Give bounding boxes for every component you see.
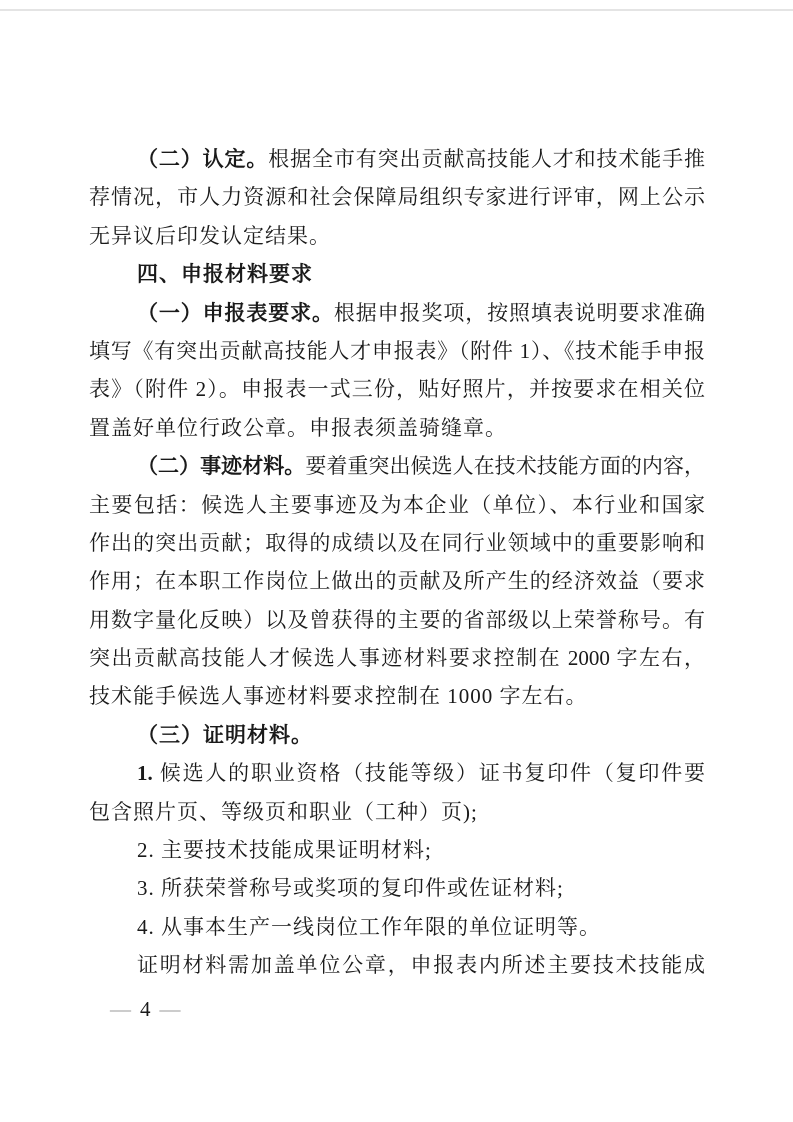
text-segment: 突出贡献高技能人才候选人事迹材料要求控制在 2000 字左右， [89,646,705,670]
list-item-1: 1. 候选人的职业资格（技能等级）证书复印件（复印件要 [89,754,705,792]
text-segment: 4. 从事本生产一线岗位工作年限的单位证明等。 [137,915,601,939]
page-number: 4 [131,997,160,1021]
text-line: 证明材料需加盖单位公章，申报表内所述主要技术技能成 [89,946,705,984]
text-segment: （二）认定。 [137,147,268,171]
text-segment: 要着重突出候选人在技术技能方面的内容， [305,454,705,478]
list-item-3: 3. 所获荣誉称号或奖项的复印件或佐证材料; [89,869,705,907]
text-segment: 根据全市有突出贡献高技能人才和技术能手推 [268,147,705,171]
text-line: 作出的突出贡献；取得的成绩以及在同行业领域中的重要影响和 [89,524,705,562]
text-segment: 包含照片页、等级页和职业（工种）页); [89,800,478,824]
text-line: 用数字量化反映）以及曾获得的主要的省部级以上荣誉称号。有 [89,601,705,639]
text-line: 技术能手候选人事迹材料要求控制在 1000 字左右。 [89,677,705,715]
text-segment: 作用；在本职工作岗位上做出的贡献及所产生的经济效益（要求 [89,569,705,593]
text-segment: （三）证明材料。 [137,723,313,747]
footer-left-dash: — [110,997,131,1021]
text-segment: 填写《有突出贡献高技能人才申报表》（附件 1）、《技术能手申报 [89,339,705,363]
text-line: 突出贡献高技能人才候选人事迹材料要求控制在 2000 字左右， [89,639,705,677]
text-segment: 候选人的职业资格（技能等级）证书复印件（复印件要 [153,761,705,785]
para-zhengming-heading: （三）证明材料。 [89,716,705,754]
text-line: 主要包括：候选人主要事迹及为本企业（单位）、本行业和国家 [89,486,705,524]
text-segment: 根据申报奖项，按照填表说明要求准确 [334,301,705,325]
page-footer: —4— [110,997,181,1021]
text-line: 填写《有突出贡献高技能人才申报表》（附件 1）、《技术能手申报 [89,332,705,370]
text-segment: （一）申报表要求。 [137,301,334,325]
scan-artifact-line [0,9,793,11]
text-segment: 主要包括：候选人主要事迹及为本企业（单位）、本行业和国家 [89,493,705,517]
text-line: 作用；在本职工作岗位上做出的贡献及所产生的经济效益（要求 [89,562,705,600]
text-line: 荐情况，市人力资源和社会保障局组织专家进行评审，网上公示 [89,178,705,216]
text-segment: 3. 所获荣誉称号或奖项的复印件或佐证材料; [137,876,564,900]
text-segment: 无异议后印发认定结果。 [89,224,331,248]
para-shiji-line: （二）事迹材料。要着重突出候选人在技术技能方面的内容， [89,447,705,485]
text-segment: 用数字量化反映）以及曾获得的主要的省部级以上荣誉称号。有 [89,608,705,632]
text-segment: 作出的突出贡献；取得的成绩以及在同行业领域中的重要影响和 [89,531,705,555]
text-segment: 1. [137,761,153,785]
list-item-4: 4. 从事本生产一线岗位工作年限的单位证明等。 [89,908,705,946]
text-segment: （二）事迹材料。 [137,454,305,478]
para-rending-line: （二）认定。根据全市有突出贡献高技能人才和技术能手推 [89,140,705,178]
list-item-2: 2. 主要技术技能成果证明材料; [89,831,705,869]
text-segment: 证明材料需加盖单位公章，申报表内所述主要技术技能成 [137,953,705,977]
text-line: 无异议后印发认定结果。 [89,217,705,255]
text-line: 包含照片页、等级页和职业（工种）页); [89,793,705,831]
document-body: （二）认定。根据全市有突出贡献高技能人才和技术能手推荐情况，市人力资源和社会保障… [89,140,705,985]
text-segment: 2. 主要技术技能成果证明材料; [137,838,432,862]
text-segment: 表》（附件 2）。申报表一式三份，贴好照片，并按要求在相关位 [89,377,705,401]
text-line: 置盖好单位行政公章。申报表须盖骑缝章。 [89,409,705,447]
text-segment: 技术能手候选人事迹材料要求控制在 1000 字左右。 [89,684,588,708]
text-line: 表》（附件 2）。申报表一式三份，贴好照片，并按要求在相关位 [89,370,705,408]
footer-right-dash: — [160,997,181,1021]
text-segment: 置盖好单位行政公章。申报表须盖骑缝章。 [89,416,507,440]
text-segment: 四、申报材料要求 [137,263,313,286]
heading-section-4: 四、申报材料要求 [89,255,705,293]
text-segment: 荐情况，市人力资源和社会保障局组织专家进行评审，网上公示 [89,185,705,209]
document-page: （二）认定。根据全市有突出贡献高技能人才和技术能手推荐情况，市人力资源和社会保障… [0,0,793,1122]
para-shenbaobiao-line: （一）申报表要求。根据申报奖项，按照填表说明要求准确 [89,294,705,332]
